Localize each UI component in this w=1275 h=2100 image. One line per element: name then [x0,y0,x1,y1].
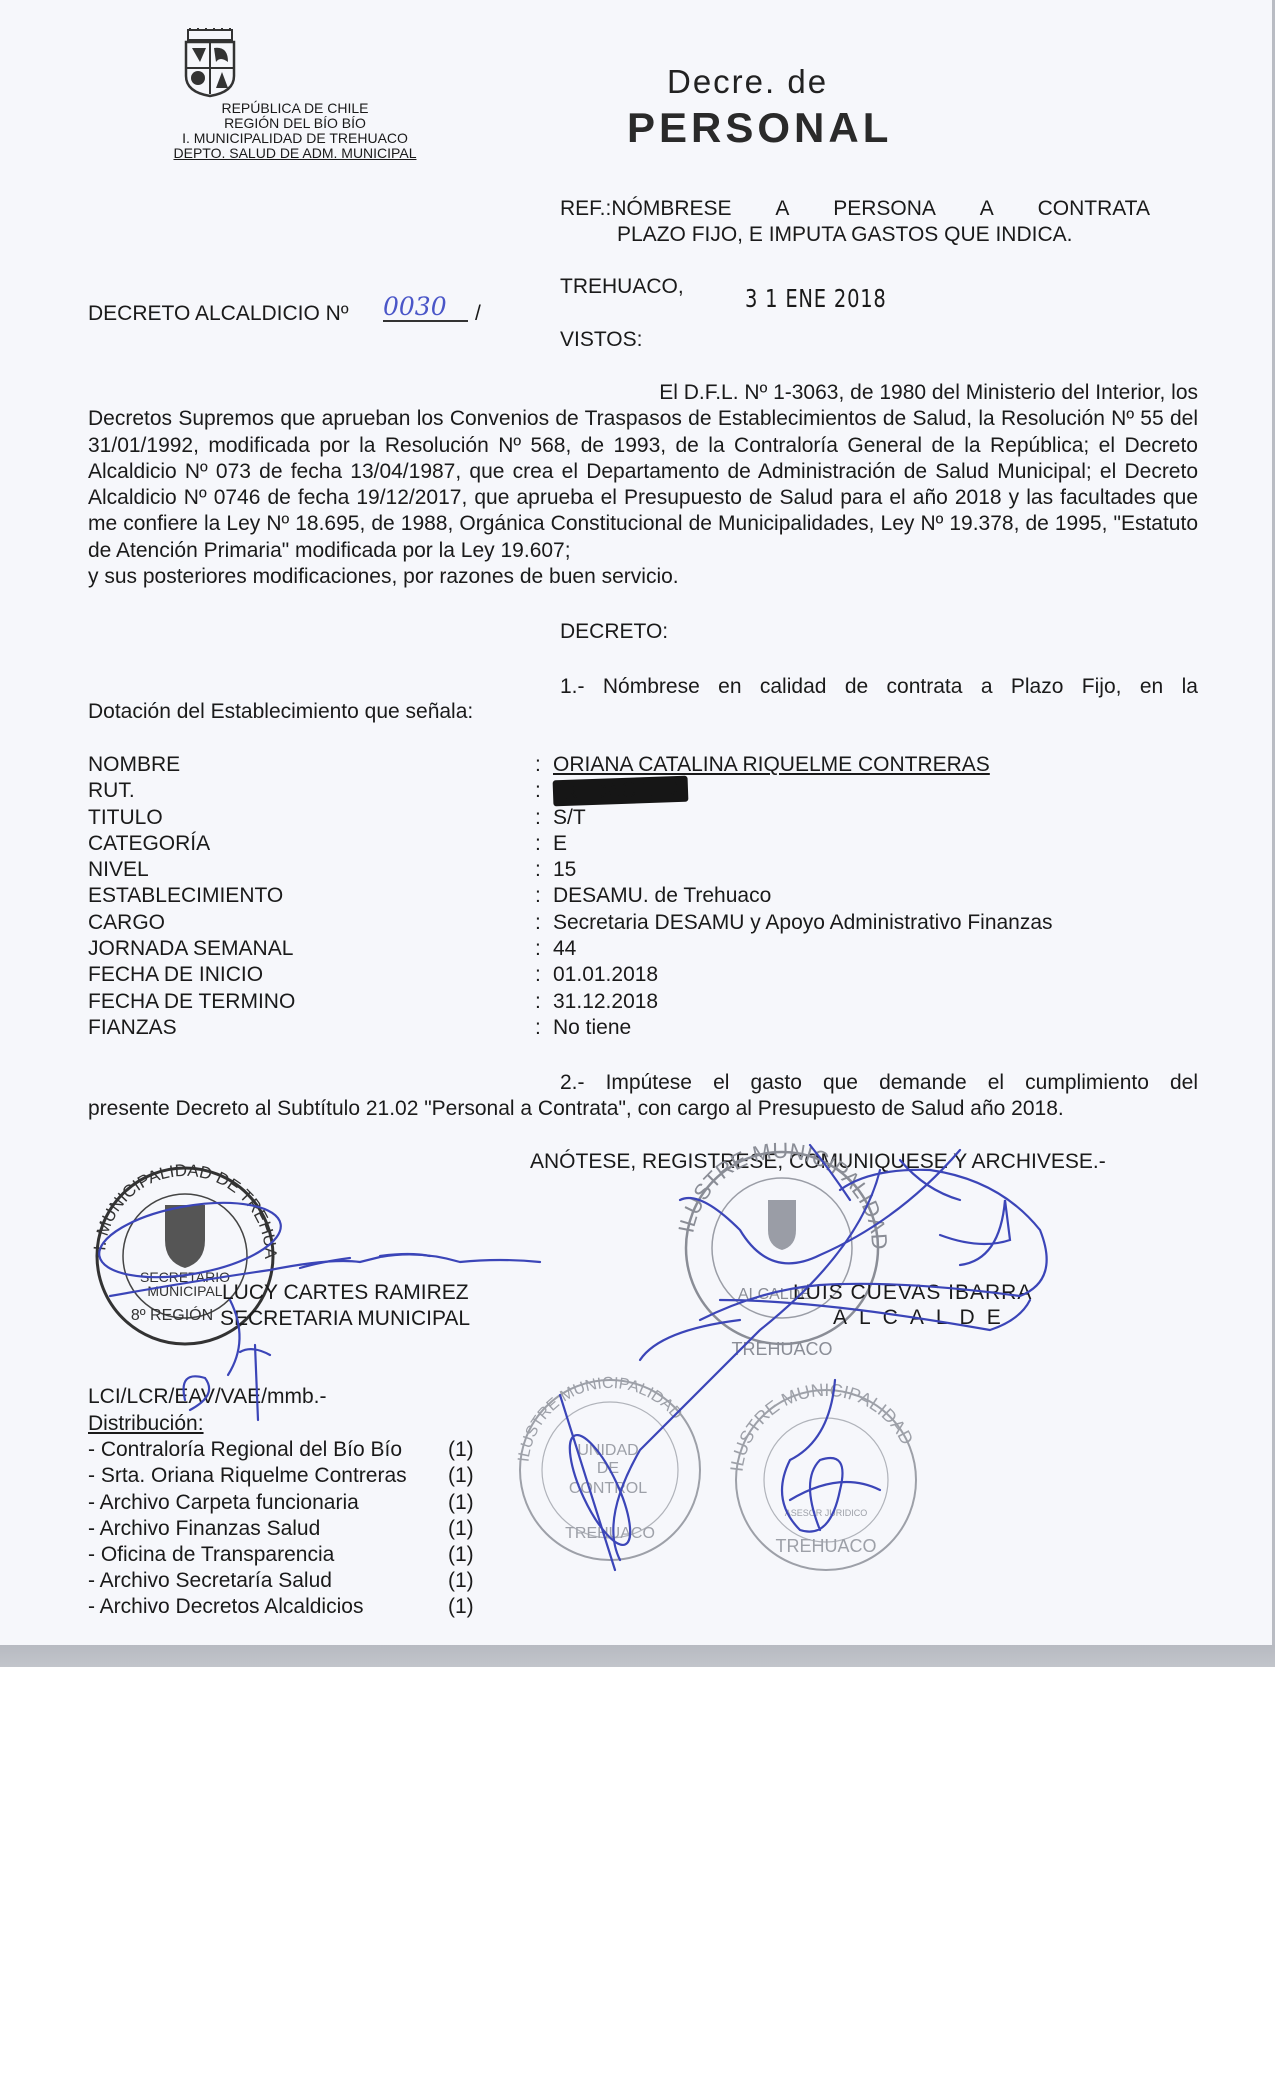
ref-word: A [980,197,994,221]
detail-separator: : [535,936,553,962]
distribution-item: - Archivo Carpeta funcionaria(1) [88,1490,474,1516]
distribution-copies: (1) [448,1568,474,1594]
detail-label: TITULO [88,805,535,831]
ref-word: REF.:NÓMBRESE [560,197,732,221]
ref-word: A [775,197,789,221]
closing-formula: ANÓTESE, REGISTRESE, COMUNIQUESE Y ARCHI… [530,1150,1106,1174]
detail-label: NIVEL [88,857,535,883]
detail-separator: : [535,752,553,778]
svg-text:CONTROL: CONTROL [569,1480,647,1497]
detail-value: 15 [553,857,576,883]
detail-value: ORIANA CATALINA RIQUELME CONTRERAS [553,752,990,778]
legal-advisor-signature [782,1380,880,1532]
mayor-name: LUIS CUEVAS IBARRA [793,1281,1032,1305]
item1-word: calidad [760,675,827,699]
distribution-recipient: - Contraloría Regional del Bío Bío [88,1437,448,1463]
issue-city: TREHUACO, [560,275,684,299]
document-type-title: Decre. de [667,63,828,101]
scanned-document-page: REPÚBLICA DE CHILE REGIÓN DEL BÍO BÍO I.… [0,0,1275,1645]
svg-text:TREHUACO: TREHUACO [565,1525,655,1542]
ref-word: CONTRATA [1038,197,1150,221]
detail-value: 01.01.2018 [553,962,658,988]
decree-number-field: 0030 [383,292,468,322]
appointment-details: NOMBRE:ORIANA CATALINA RIQUELME CONTRERA… [88,752,1053,1041]
detail-separator: : [535,962,553,988]
org-country: REPÚBLICA DE CHILE [100,101,490,116]
distribution-item: - Archivo Secretaría Salud(1) [88,1568,474,1594]
vistos-first-line: El D.F.L. Nº 1-3063, de 1980 del Ministe… [88,380,1198,406]
reference-line-2: PLAZO FIJO, E IMPUTA GASTOS QUE INDICA. [617,223,1072,247]
vistos-body: Decretos Supremos que aprueban los Conve… [88,407,1198,561]
distribution-recipient: - Oficina de Transparencia [88,1542,448,1568]
detail-label: CATEGORÍA [88,831,535,857]
distribution-recipient: - Archivo Secretaría Salud [88,1568,448,1594]
svg-text:UNIDAD: UNIDAD [577,1442,638,1459]
detail-row: ESTABLECIMIENTO:DESAMU. de Trehuaco [88,883,1053,909]
item2-word: el [988,1071,1004,1095]
decreto-heading: DECRETO: [560,620,668,644]
decree-number-handwritten: 0030 [383,292,447,321]
detail-row: CATEGORÍA:E [88,831,1053,857]
distribution-copies: (1) [448,1463,474,1489]
detail-value: 44 [553,936,576,962]
distribution-item: - Archivo Finanzas Salud(1) [88,1516,474,1542]
distribution-copies: (1) [448,1437,474,1463]
mayor-signature [613,1145,1046,1560]
distribution-item: - Contraloría Regional del Bío Bío(1) [88,1437,474,1463]
secretary-stamp: I. MUNICIPALIDAD DE TREHUACO SECRETARIO … [0,0,280,1344]
item2-word: cumplimiento [1025,1071,1149,1095]
detail-separator: : [535,910,553,936]
item2-word: gasto [751,1071,802,1095]
item2-word: que [823,1071,858,1095]
detail-value: No tiene [553,1015,631,1041]
svg-text:SECRETARIO: SECRETARIO [140,1269,230,1285]
municipal-coat-of-arms-icon [178,28,242,98]
detail-value: Secretaria DESAMU y Apoyo Administrativo… [553,910,1053,936]
svg-text:I. MUNICIPALIDAD DE TREHUACO: I. MUNICIPALIDAD DE TREHUACO [0,0,280,1260]
detail-label: FECHA DE TERMINO [88,989,535,1015]
detail-value: E [553,831,567,857]
item1-word: en [1140,675,1163,699]
item2-word: demande [879,1071,967,1095]
issuing-organization: REPÚBLICA DE CHILE REGIÓN DEL BÍO BÍO I.… [100,101,490,161]
distribution-copies: (1) [448,1594,474,1620]
mayor-title: ALCALDE [833,1306,1013,1330]
svg-text:MUNICIPAL: MUNICIPAL [147,1283,222,1299]
detail-row: FECHA DE TERMINO:31.12.2018 [88,989,1053,1015]
svg-text:DE: DE [597,1460,619,1477]
distribution-item: - Archivo Decretos Alcaldicios(1) [88,1594,474,1620]
decree-number-label: DECRETO ALCALDICIO Nº [88,302,349,326]
detail-row: FECHA DE INICIO:01.01.2018 [88,962,1053,988]
detail-separator: : [535,989,553,1015]
decree-number-slash: / [475,302,481,326]
vistos-heading: VISTOS: [560,328,642,352]
item2-word: del [1170,1071,1198,1095]
detail-label: FECHA DE INICIO [88,962,535,988]
drafter-initials: LCI/LCR/EAV/VAE/mmb.- [88,1385,326,1409]
item1-word: de [845,675,868,699]
svg-text:TREHUACO: TREHUACO [775,1536,876,1556]
detail-label: NOMBRE [88,752,535,778]
control-signature [558,1395,641,1570]
detail-label: ESTABLECIMIENTO [88,883,535,909]
document-type-heading: PERSONAL [627,104,892,152]
svg-text:ASESOR JURIDICO: ASESOR JURIDICO [785,1508,868,1518]
org-region: REGIÓN DEL BÍO BÍO [100,116,490,131]
detail-row: NOMBRE:ORIANA CATALINA RIQUELME CONTRERA… [88,752,1053,778]
svg-text:ILUSTRE MUNICIPALIDAD: ILUSTRE MUNICIPALIDAD [515,1375,685,1463]
distribution-recipient: - Srta. Oriana Riquelme Contreras [88,1463,448,1489]
detail-separator: : [535,778,553,804]
svg-text:8º REGIÓN: 8º REGIÓN [131,1305,213,1324]
detail-label: FIANZAS [88,1015,535,1041]
detail-row: RUT.:[REDACTED] [88,778,1053,804]
item2-word: el [713,1071,729,1095]
decree-item-2: 2.- Impútese el gasto que demande el cum… [560,1071,1198,1095]
detail-row: NIVEL:15 [88,857,1053,883]
distribution-item: - Oficina de Transparencia(1) [88,1542,474,1568]
detail-label: RUT. [88,778,535,804]
distribution-heading: Distribución: [88,1411,474,1437]
legal-advisor-stamp: ILUSTRE MUNICIPALIDAD ASESOR JURIDICO TR… [726,1380,917,1570]
distribution-copies: (1) [448,1542,474,1568]
distribution-list: Distribución: - Contraloría Regional del… [88,1411,474,1621]
distribution-recipient: - Archivo Finanzas Salud [88,1516,448,1542]
detail-row: FIANZAS:No tiene [88,1015,1053,1041]
item1-word: en [718,675,741,699]
distribution-recipient: - Archivo Carpeta funcionaria [88,1490,448,1516]
decree-item-1-continuation: Dotación del Establecimiento que señala: [88,700,473,724]
decree-item-1: 1.- Nómbrese en calidad de contrata a Pl… [560,675,1198,699]
svg-text:ILUSTRE MUNICIPALIDAD: ILUSTRE MUNICIPALIDAD [726,1380,917,1473]
item1-word: Fijo, [1082,675,1122,699]
item1-word: Nómbrese [603,675,700,699]
distribution-recipient: - Archivo Decretos Alcaldicios [88,1594,448,1620]
org-department: DEPTO. SALUD DE ADM. MUNICIPAL [100,146,490,161]
decree-item-2-continuation: presente Decreto al Subtítulo 21.02 "Per… [88,1097,1064,1121]
detail-row: JORNADA SEMANAL:44 [88,936,1053,962]
reference-line-1: REF.:NÓMBRESE A PERSONA A CONTRATA [560,197,1150,221]
secretary-title: SECRETARIA MUNICIPAL [220,1307,470,1331]
org-municipality: I. MUNICIPALIDAD DE TREHUACO [100,131,490,146]
item1-word: Plazo [1011,675,1064,699]
detail-separator: : [535,883,553,909]
detail-label: CARGO [88,910,535,936]
detail-separator: : [535,805,553,831]
item2-word: Impútese [606,1071,692,1095]
distribution-copies: (1) [448,1490,474,1516]
detail-row: CARGO:Secretaria DESAMU y Apoyo Administ… [88,910,1053,936]
detail-row: TITULO:S/T [88,805,1053,831]
vistos-last-line: y sus posteriores modificaciones, por ra… [88,564,679,590]
ref-word: PERSONA [833,197,936,221]
detail-label: JORNADA SEMANAL [88,936,535,962]
secretary-name: LUCY CARTES RAMIREZ [222,1281,469,1305]
distribution-item: - Srta. Oriana Riquelme Contreras(1) [88,1463,474,1489]
item1-word: a [981,675,993,699]
svg-text:TREHUACO: TREHUACO [731,1339,832,1359]
vistos-paragraph: El D.F.L. Nº 1-3063, de 1980 del Ministe… [88,380,1198,564]
detail-separator: : [535,831,553,857]
item2-word: 2.- [560,1071,585,1095]
distribution-copies: (1) [448,1516,474,1542]
detail-value-redacted: [REDACTED] [553,776,689,807]
detail-separator: : [535,1015,553,1041]
scan-edge-shadow [0,1645,1275,1667]
control-unit-stamp: ILUSTRE MUNICIPALIDAD UNIDAD DE CONTROL … [515,1375,700,1560]
item1-word: 1.- [560,675,585,699]
detail-value: S/T [553,805,586,831]
date-stamp: 3 1 ENE 2018 [745,284,887,313]
detail-value: DESAMU. de Trehuaco [553,883,771,909]
item1-word: la [1182,675,1198,699]
detail-value: 31.12.2018 [553,989,658,1015]
item1-word: contrata [887,675,963,699]
detail-separator: : [535,857,553,883]
